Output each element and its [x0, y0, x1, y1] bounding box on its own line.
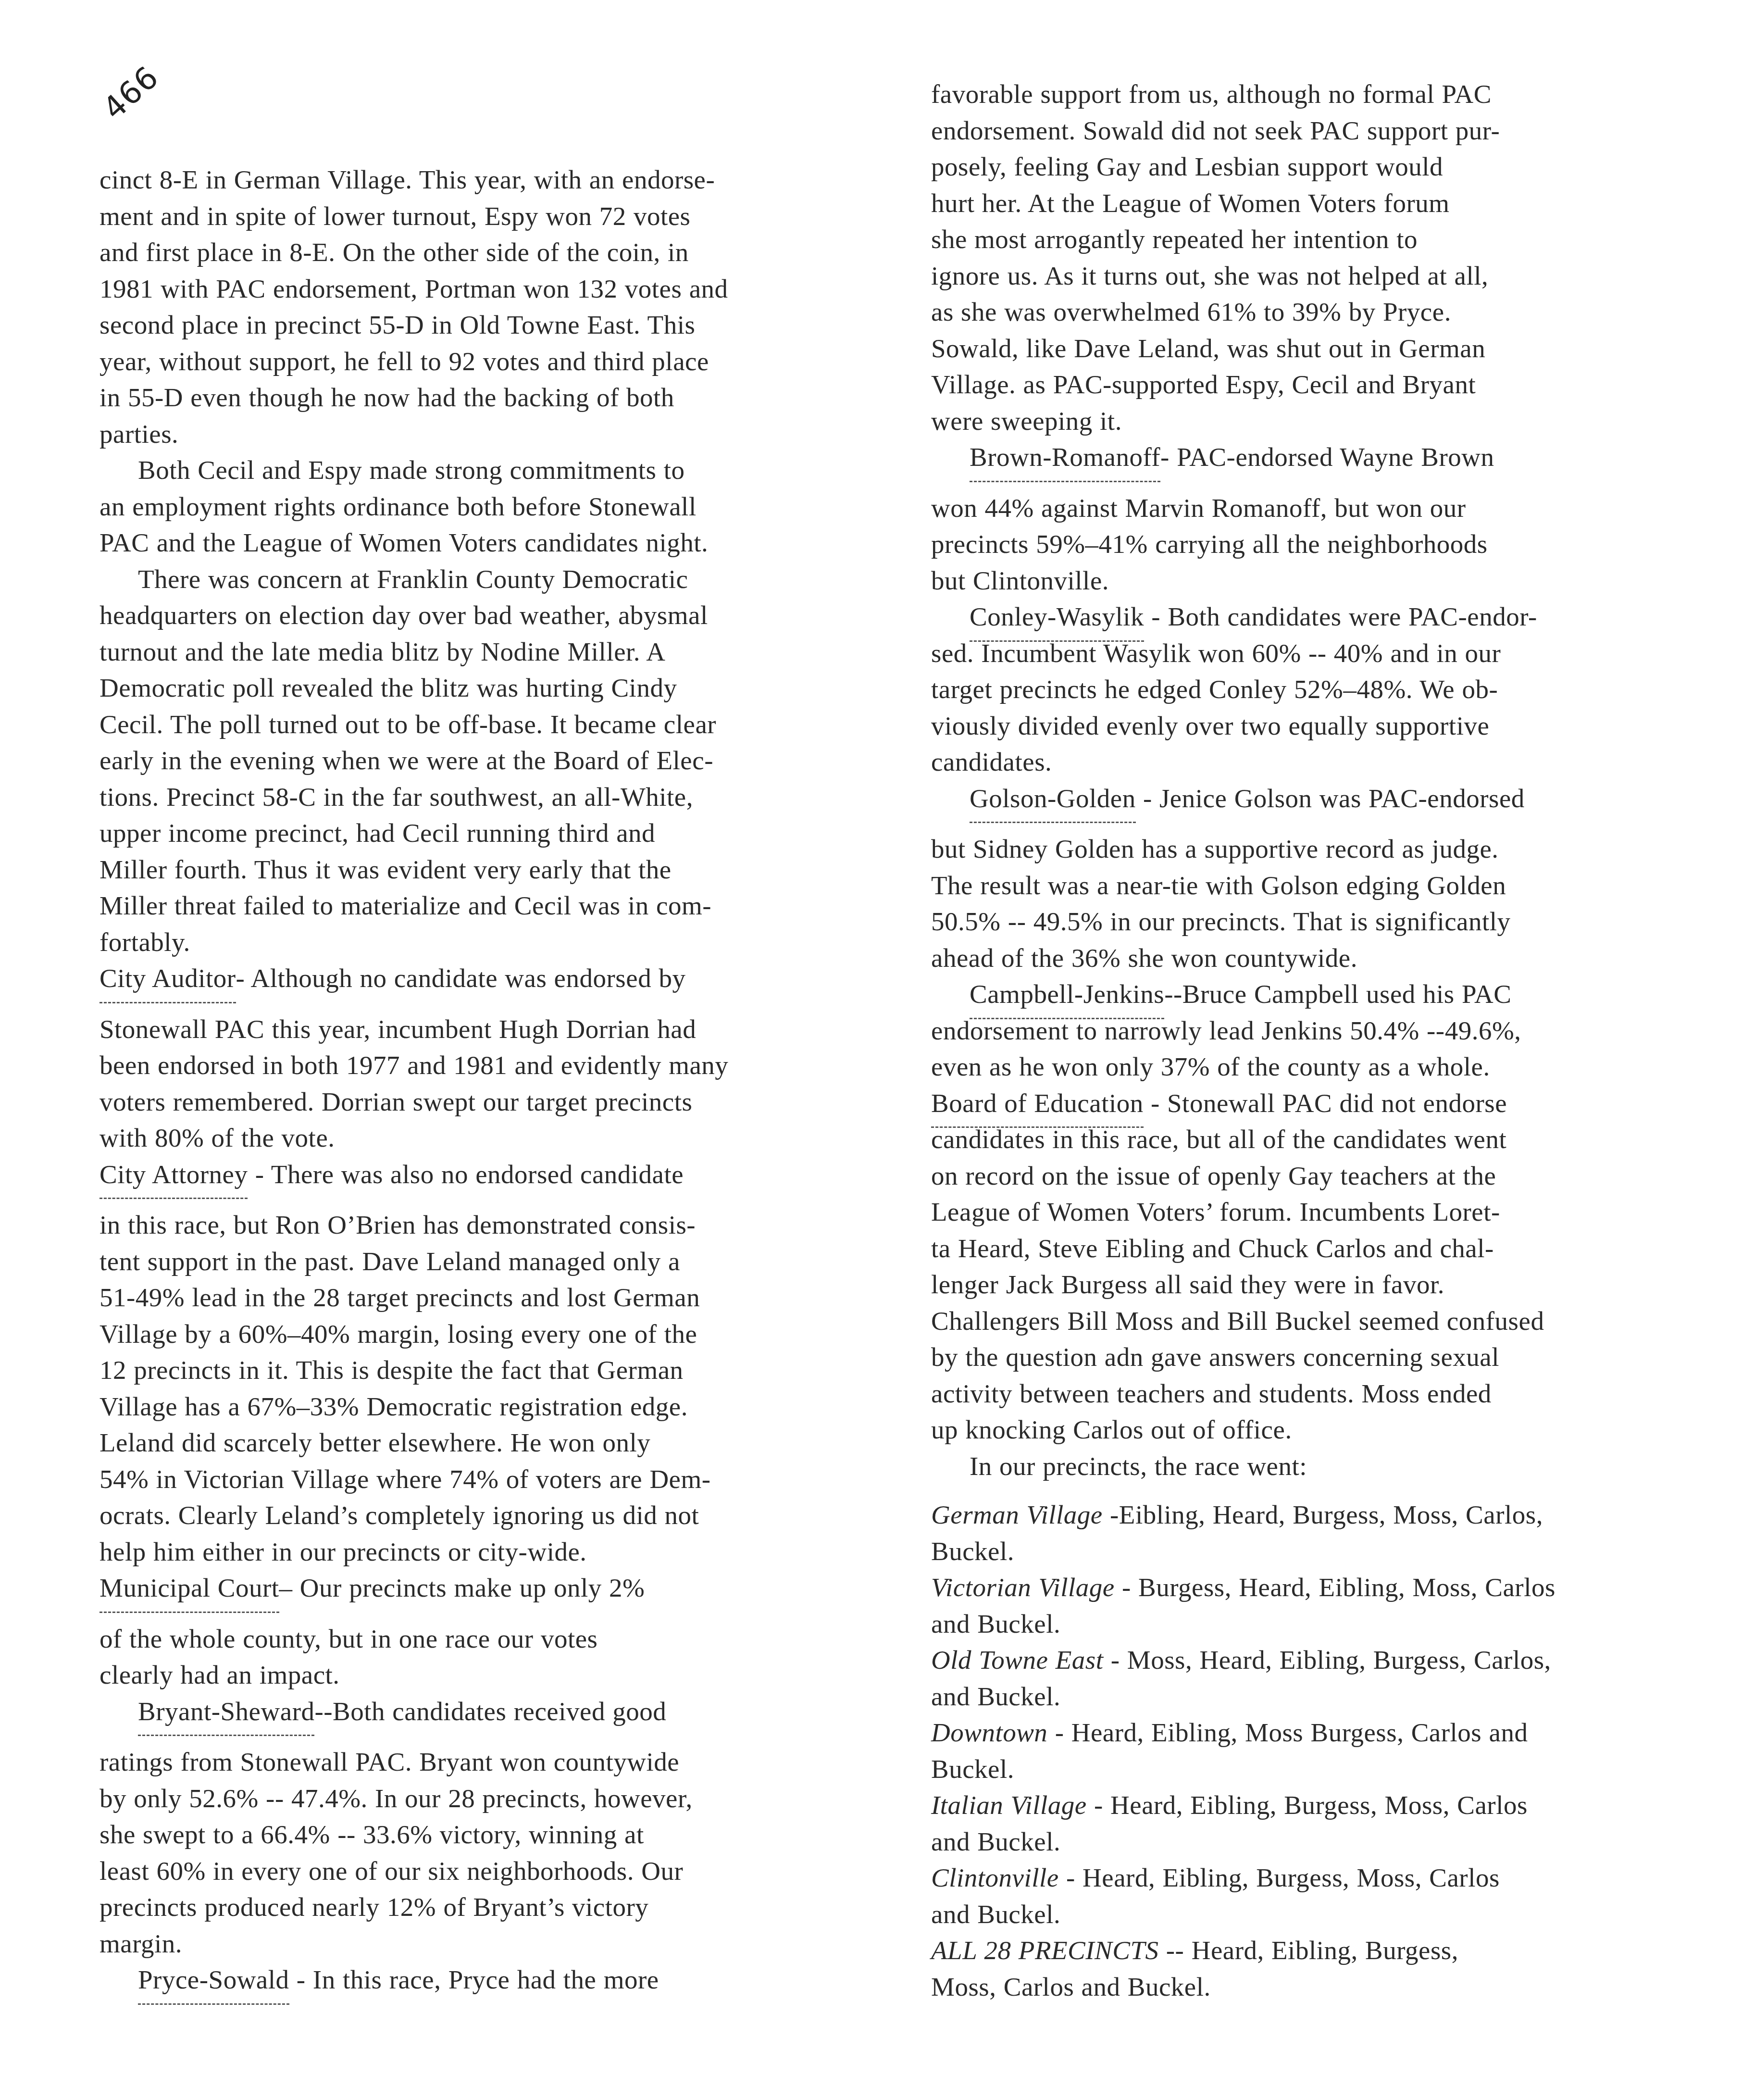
conley-wasylik-section: Conley-Wasylik - Both candidates were PA…	[931, 599, 1681, 780]
text-line: viously divided evenly over two equally …	[931, 708, 1681, 744]
text-line: turnout and the late media blitz by Nodi…	[100, 634, 888, 670]
result-order: -Eibling, Heard, Burgess, Moss, Carlos,	[1103, 1500, 1543, 1529]
text-line: The result was a near-tie with Golson ed…	[931, 867, 1681, 904]
result-order: - Heard, Eibling, Burgess, Moss, Carlos	[1087, 1790, 1528, 1820]
neighborhood-name: German Village	[931, 1500, 1103, 1529]
text-line: Both Cecil and Espy made strong commitme…	[100, 452, 888, 488]
right-column: favorable support from us, although no f…	[931, 76, 1681, 2005]
text-line: precincts 59%–41% carrying all the neigh…	[931, 526, 1681, 562]
text-line: help him either in our precincts or city…	[100, 1534, 888, 1570]
result-item: Clintonville - Heard, Eibling, Burgess, …	[931, 1860, 1681, 1932]
result-order: Buckel.	[931, 1751, 1681, 1787]
text-line: up knocking Carlos out of office.	[931, 1412, 1681, 1448]
text-fragment: - PAC-endorsed Wayne Brown	[1160, 442, 1494, 472]
text-line: ta Heard, Steve Eibling and Chuck Carlos…	[931, 1230, 1681, 1267]
result-order: and Buckel.	[931, 1896, 1681, 1933]
text-line: 50.5% -- 49.5% in our precincts. That is…	[931, 903, 1681, 940]
pryce-sowald-continued: favorable support from us, although no f…	[931, 76, 1681, 439]
text-line: Village has a 67%–33% Democratic registr…	[100, 1388, 888, 1425]
result-order: - Burgess, Heard, Eibling, Moss, Carlos	[1115, 1573, 1555, 1602]
result-item: Downtown - Heard, Eibling, Moss Burgess,…	[931, 1714, 1681, 1787]
results-intro: In our precincts, the race went:	[931, 1448, 1681, 1485]
result-order: -- Heard, Eibling, Burgess,	[1159, 1936, 1458, 1965]
text-fragment: - Jenice Golson was PAC-endorsed	[1136, 784, 1525, 813]
section-heading-bryant-sheward: Bryant-Sheward	[138, 1693, 314, 1730]
text-line: Stonewall PAC this year, incumbent Hugh …	[100, 1011, 888, 1048]
text-line: precincts produced nearly 12% of Bryant’…	[100, 1889, 888, 1925]
result-item: Old Towne East - Moss, Heard, Eibling, B…	[931, 1642, 1681, 1714]
text-fragment: - In this race, Pryce had the more	[289, 1965, 659, 1994]
result-item: ALL 28 PRECINCTS -- Heard, Eibling, Burg…	[931, 1932, 1681, 2005]
text-line: ocrats. Clearly Leland’s completely igno…	[100, 1497, 888, 1534]
text-line: hurt her. At the League of Women Voters …	[931, 185, 1681, 222]
result-item: Italian Village - Heard, Eibling, Burges…	[931, 1787, 1681, 1860]
neighborhood-name: ALL 28 PRECINCTS	[931, 1936, 1159, 1965]
text-line: clearly had an impact.	[100, 1657, 888, 1693]
text-line: year, without support, he fell to 92 vot…	[100, 343, 888, 380]
text-line: headquarters on election day over bad we…	[100, 597, 888, 634]
concern-paragraph: There was concern at Franklin County Dem…	[100, 561, 888, 961]
cecil-espy-paragraph: Both Cecil and Espy made strong commitme…	[100, 452, 888, 561]
text-line: least 60% in every one of our six neighb…	[100, 1853, 888, 1889]
city-auditor-section: City Auditor- Although no candidate was …	[100, 960, 888, 1156]
text-line: ignore us. As it turns out, she was not …	[931, 258, 1681, 294]
text-line: early in the evening when we were at the…	[100, 742, 888, 779]
section-heading-city-attorney: City Attorney	[100, 1156, 248, 1193]
section-heading-city-auditor: City Auditor	[100, 960, 236, 997]
result-order: - Heard, Eibling, Burgess, Moss, Carlos	[1059, 1863, 1500, 1892]
text-line: upper income precinct, had Cecil running…	[100, 815, 888, 851]
neighborhood-name: Clintonville	[931, 1863, 1059, 1892]
text-line: been endorsed in both 1977 and 1981 and …	[100, 1047, 888, 1084]
text-line: Miller threat failed to materialize and …	[100, 887, 888, 924]
text-line: second place in precinct 55-D in Old Tow…	[100, 307, 888, 343]
result-order: and Buckel.	[931, 1606, 1681, 1642]
text-line: cinct 8-E in German Village. This year, …	[100, 162, 888, 198]
text-line: ratings from Stonewall PAC. Bryant won c…	[100, 1744, 888, 1780]
text-line: lenger Jack Burgess all said they were i…	[931, 1266, 1681, 1303]
text-line: Sowald, like Dave Leland, was shut out i…	[931, 330, 1681, 367]
text-line: 51-49% lead in the 28 target precincts a…	[100, 1279, 888, 1316]
text-line: 1981 with PAC endorsement, Portman won 1…	[100, 271, 888, 307]
text-line: target precincts he edged Conley 52%–48%…	[931, 671, 1681, 708]
text-line: Cecil. The poll turned out to be off-bas…	[100, 706, 888, 743]
text-fragment: - Both candidates were PAC-endor-	[1144, 602, 1537, 631]
brown-romanoff-section: Brown-Romanoff- PAC-endorsed Wayne Brown…	[931, 439, 1681, 599]
text-line: endorsement. Sowald did not seek PAC sup…	[931, 112, 1681, 149]
text-line: Village. as PAC-supported Espy, Cecil an…	[931, 366, 1681, 403]
result-order: - Heard, Eibling, Moss Burgess, Carlos a…	[1047, 1718, 1528, 1747]
text-fragment: --Both candidates received good	[314, 1697, 666, 1726]
text-line: Democratic poll revealed the blitz was h…	[100, 670, 888, 706]
text-line: in 55-D even though he now had the backi…	[100, 379, 888, 416]
municipal-court-section: Municipal Court– Our precincts make up o…	[100, 1570, 888, 1693]
result-order: Buckel.	[931, 1533, 1681, 1570]
text-line: even as he won only 37% of the county as…	[931, 1049, 1681, 1085]
section-heading-campbell-jenkins: Campbell-Jenkins	[970, 976, 1164, 1012]
text-line: won 44% against Marvin Romanoff, but won…	[931, 490, 1681, 526]
text-fragment: - There was also no endorsed candidate	[248, 1160, 684, 1189]
neighborhood-name: Downtown	[931, 1718, 1047, 1747]
text-line: favorable support from us, although no f…	[931, 76, 1681, 112]
text-fragment: - Stonewall PAC did not endorse	[1144, 1088, 1507, 1118]
text-line: by the question adn gave answers concern…	[931, 1339, 1681, 1375]
text-line: by only 52.6% -- 47.4%. In our 28 precin…	[100, 1780, 888, 1817]
section-heading-municipal-court: Municipal Court	[100, 1570, 279, 1606]
result-item: German Village -Eibling, Heard, Burgess,…	[931, 1497, 1681, 1569]
section-heading-conley-wasylik: Conley-Wasylik	[970, 599, 1144, 635]
text-line: in this race, but Ron O’Brien has demons…	[100, 1207, 888, 1243]
text-line: ahead of the 36% she won countywide.	[931, 940, 1681, 976]
text-line: ment and in spite of lower turnout, Espy…	[100, 198, 888, 235]
result-order: and Buckel.	[931, 1678, 1681, 1715]
text-line: were sweeping it.	[931, 403, 1681, 439]
bryant-sheward-section: Bryant-Sheward--Both candidates received…	[100, 1693, 888, 1962]
text-line: PAC and the League of Women Voters candi…	[100, 525, 888, 561]
text-line: 54% in Victorian Village where 74% of vo…	[100, 1461, 888, 1498]
board-of-education-section: Board of Education - Stonewall PAC did n…	[931, 1085, 1681, 1485]
text-line: she swept to a 66.4% -- 33.6% victory, w…	[100, 1816, 888, 1853]
neighborhood-name: Victorian Village	[931, 1573, 1115, 1602]
campbell-jenkins-section: Campbell-Jenkins--Bruce Campbell used hi…	[931, 976, 1681, 1085]
text-line: Leland did scarcely better elsewhere. He…	[100, 1425, 888, 1461]
text-fragment: – Our precincts make up only 2%	[279, 1573, 645, 1602]
text-line: posely, feeling Gay and Lesbian support …	[931, 149, 1681, 185]
text-line: margin.	[100, 1925, 888, 1962]
result-order: - Moss, Heard, Eibling, Burgess, Carlos,	[1103, 1645, 1551, 1675]
neighborhood-name: Italian Village	[931, 1790, 1087, 1820]
text-fragment: - Although no candidate was endorsed by	[236, 963, 686, 993]
text-fragment: --Bruce Campbell used his PAC	[1164, 979, 1511, 1009]
pryce-sowald-section: Pryce-Sowald - In this race, Pryce had t…	[100, 1962, 888, 1998]
result-order: and Buckel.	[931, 1824, 1681, 1860]
text-line: Challengers Bill Moss and Bill Buckel se…	[931, 1303, 1681, 1339]
section-heading-pryce-sowald: Pryce-Sowald	[138, 1962, 289, 1998]
text-line: League of Women Voters’ forum. Incumbent…	[931, 1194, 1681, 1230]
city-attorney-section: City Attorney - There was also no endors…	[100, 1156, 888, 1570]
section-heading-brown-romanoff: Brown-Romanoff	[970, 439, 1160, 475]
text-line: and first place in 8-E. On the other sid…	[100, 234, 888, 271]
text-line: 12 precincts in it. This is despite the …	[100, 1352, 888, 1388]
text-line: fortably.	[100, 924, 888, 961]
results-list: German Village -Eibling, Heard, Burgess,…	[931, 1497, 1681, 2005]
text-line: parties.	[100, 416, 888, 452]
text-line: with 80% of the vote.	[100, 1120, 888, 1156]
text-line: of the whole county, but in one race our…	[100, 1621, 888, 1657]
golson-golden-section: Golson-Golden - Jenice Golson was PAC-en…	[931, 780, 1681, 976]
text-line: an employment rights ordinance both befo…	[100, 488, 888, 525]
text-line: she most arrogantly repeated her intenti…	[931, 221, 1681, 258]
result-order: Moss, Carlos and Buckel.	[931, 1969, 1681, 2005]
text-line: Miller fourth. Thus it was evident very …	[100, 851, 888, 888]
section-heading-golson-golden: Golson-Golden	[970, 780, 1136, 817]
page-number: 466	[96, 59, 166, 127]
text-line: Village by a 60%–40% margin, losing ever…	[100, 1316, 888, 1352]
neighborhood-name: Old Towne East	[931, 1645, 1103, 1675]
text-line: tions. Precinct 58-C in the far southwes…	[100, 779, 888, 815]
text-line: candidates.	[931, 744, 1681, 780]
text-line: voters remembered. Dorrian swept our tar…	[100, 1084, 888, 1120]
text-line: activity between teachers and students. …	[931, 1375, 1681, 1412]
text-line: tent support in the past. Dave Leland ma…	[100, 1243, 888, 1280]
intro-paragraph: cinct 8-E in German Village. This year, …	[100, 162, 888, 452]
text-line: as she was overwhelmed 61% to 39% by Pry…	[931, 294, 1681, 330]
left-column: cinct 8-E in German Village. This year, …	[100, 162, 888, 1998]
text-line: but Clintonville.	[931, 562, 1681, 599]
text-line: There was concern at Franklin County Dem…	[100, 561, 888, 598]
section-heading-board-of-education: Board of Education	[931, 1085, 1144, 1122]
text-line: on record on the issue of openly Gay tea…	[931, 1158, 1681, 1194]
text-line: but Sidney Golden has a supportive recor…	[931, 831, 1681, 867]
result-item: Victorian Village - Burgess, Heard, Eibl…	[931, 1569, 1681, 1642]
